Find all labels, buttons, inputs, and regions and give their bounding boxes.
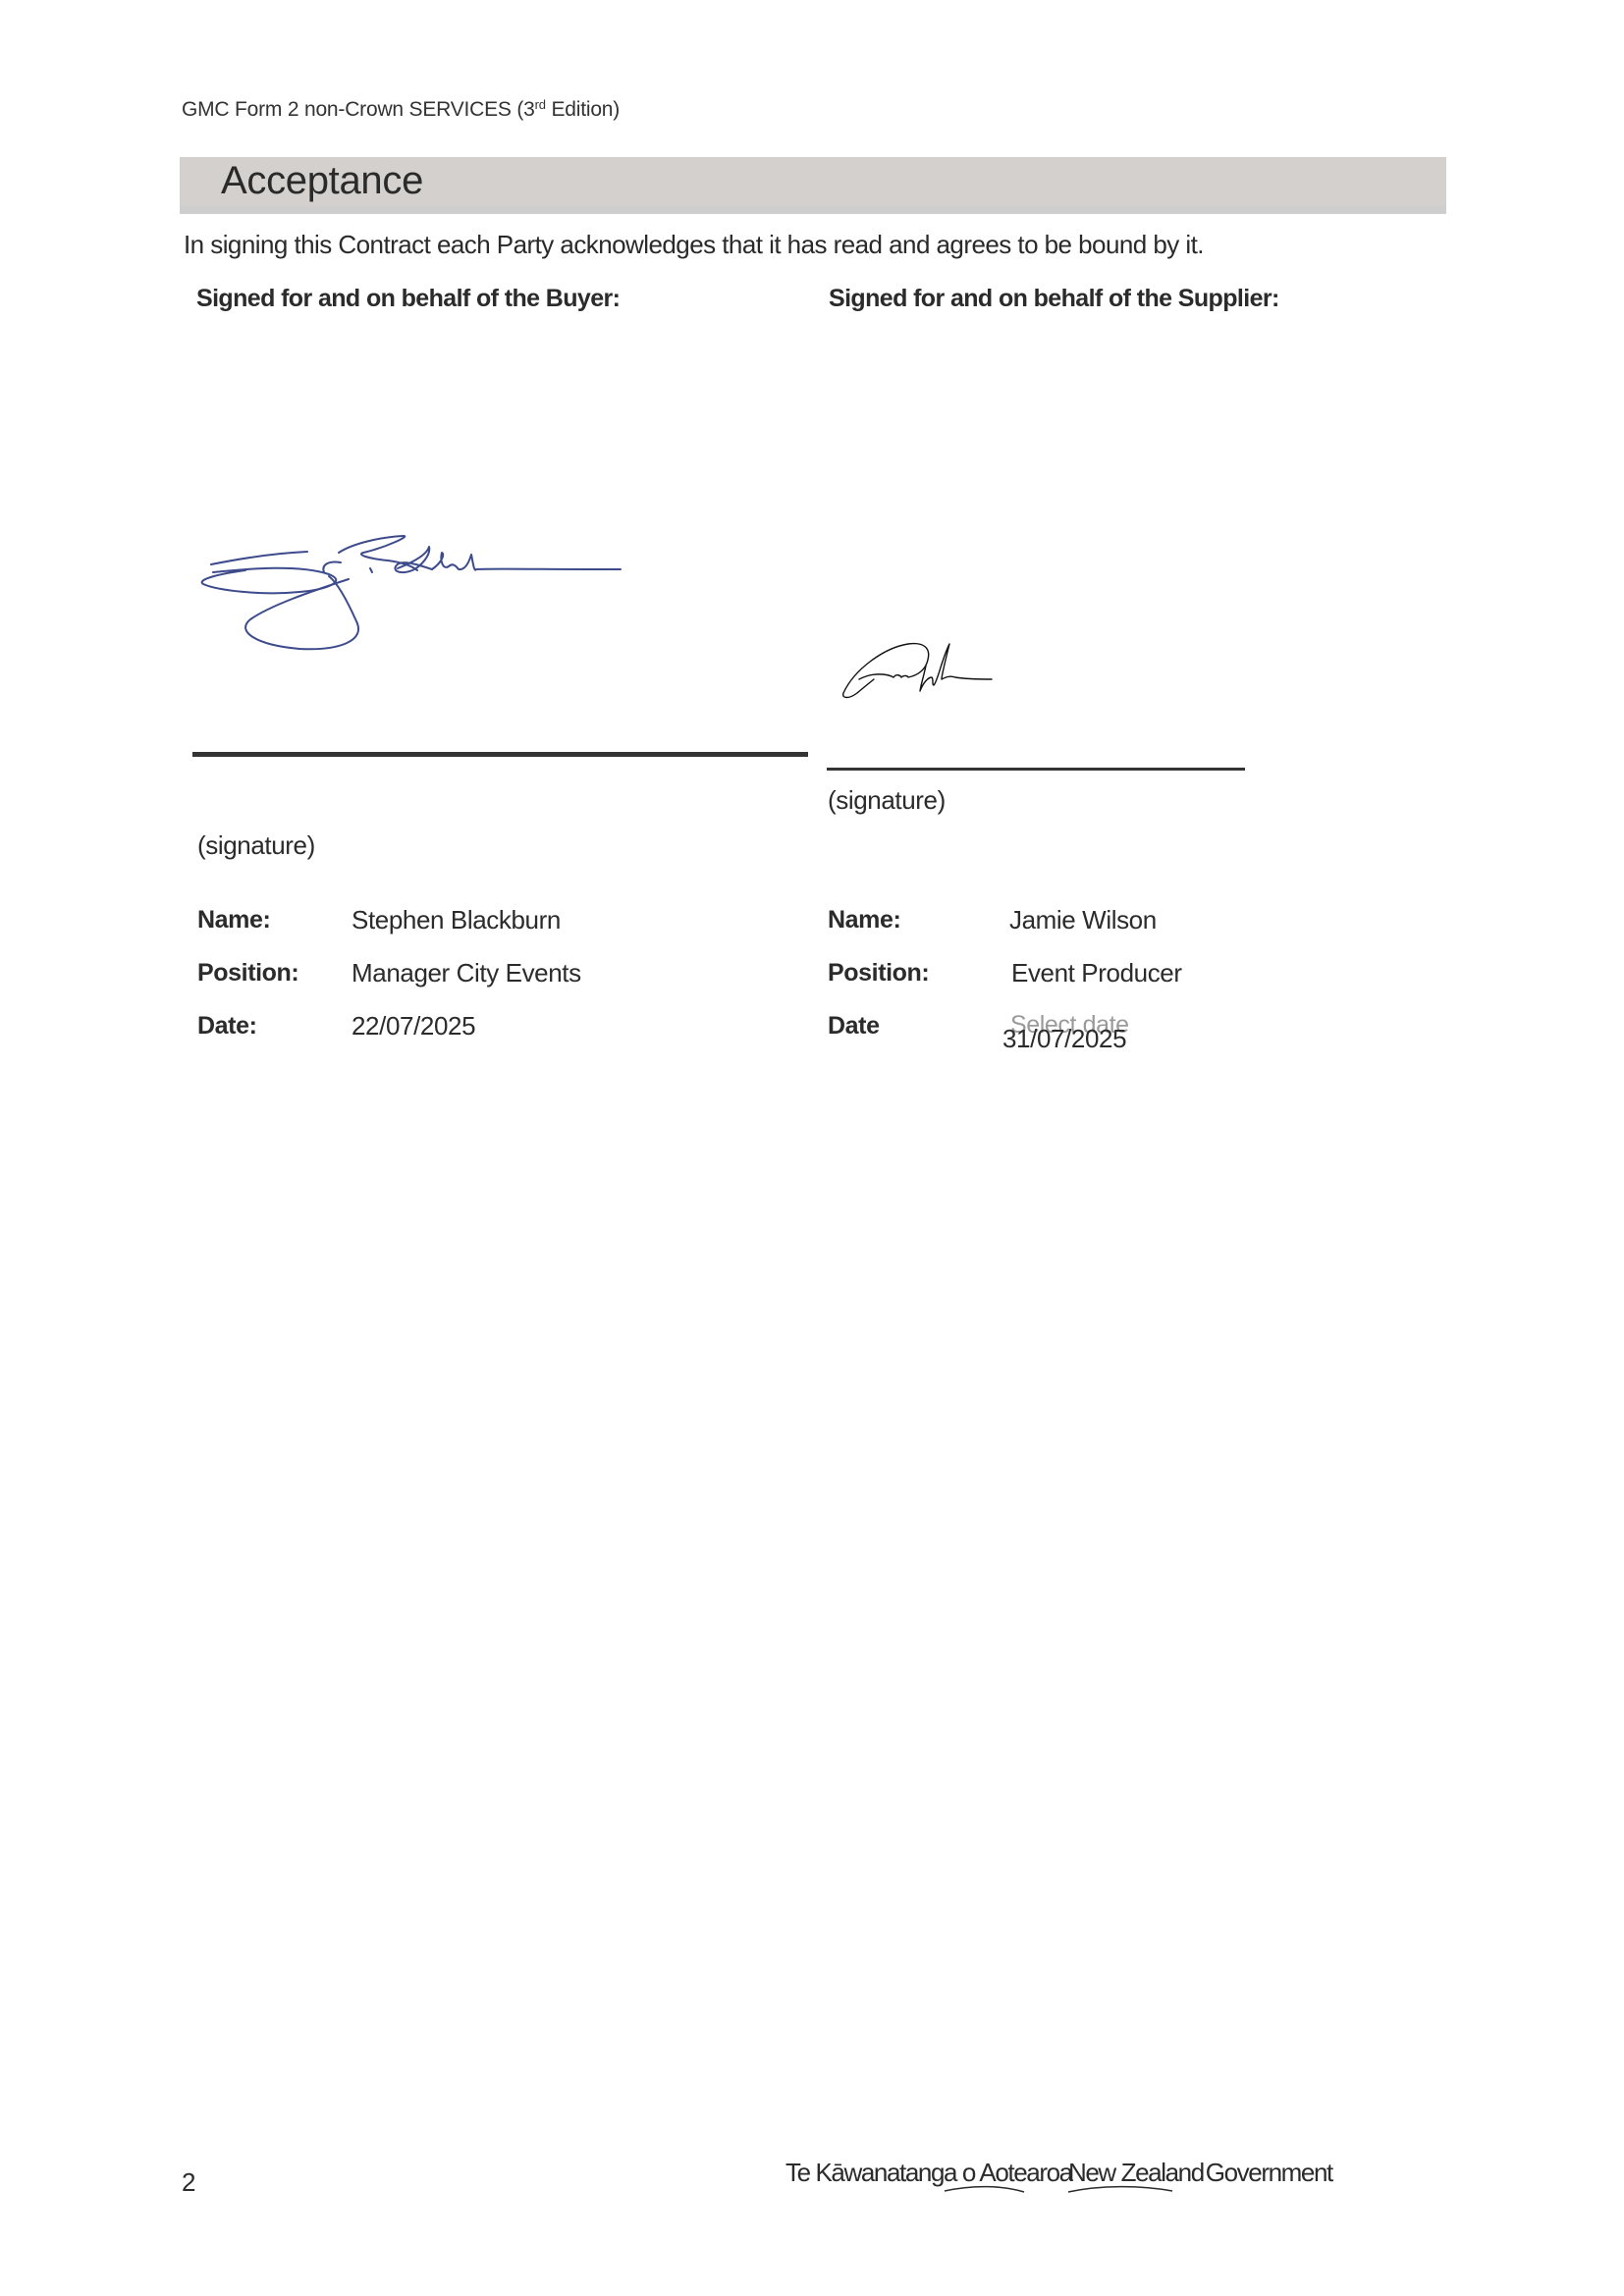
logo-en-suffix-text: Government bbox=[1206, 2158, 1332, 2187]
buyer-heading: Signed for and on behalf of the Buyer: bbox=[196, 285, 620, 313]
supplier-signature-image bbox=[839, 640, 997, 704]
running-header-suffix: Edition) bbox=[546, 98, 620, 121]
supplier-name-value: Jamie Wilson bbox=[1009, 905, 1157, 935]
supplier-name-label: Name: bbox=[828, 906, 900, 934]
buyer-name-value: Stephen Blackburn bbox=[352, 905, 561, 935]
supplier-date-value[interactable]: 31/07/2025 bbox=[1002, 1024, 1126, 1054]
supplier-position-value: Event Producer bbox=[1011, 958, 1182, 988]
buyer-name-label: Name: bbox=[197, 906, 270, 934]
running-header-superscript: rd bbox=[535, 97, 546, 112]
buyer-signature-line bbox=[192, 752, 808, 757]
page-number: 2 bbox=[182, 2167, 195, 2198]
supplier-signature-caption: (signature) bbox=[828, 785, 946, 816]
supplier-position-label: Position: bbox=[828, 959, 929, 988]
logo-nz-swoosh-icon bbox=[1066, 2183, 1174, 2195]
supplier-heading: Signed for and on behalf of the Supplier… bbox=[829, 285, 1279, 313]
buyer-signature-caption: (signature) bbox=[197, 830, 315, 861]
section-title: Acceptance bbox=[221, 159, 423, 203]
running-header: GMC Form 2 non-Crown SERVICES (3rd Editi… bbox=[182, 97, 620, 122]
logo-te-kawanatanga: Te Kāwanatanga o Aotearoa bbox=[785, 2158, 1072, 2188]
supplier-signature-line bbox=[827, 768, 1245, 771]
logo-maori-swoosh-icon bbox=[943, 2183, 1026, 2195]
buyer-signature-image bbox=[191, 525, 623, 653]
buyer-date-label: Date: bbox=[197, 1012, 257, 1041]
intro-text: In signing this Contract each Party ackn… bbox=[184, 230, 1204, 260]
supplier-date-label: Date bbox=[828, 1012, 880, 1041]
buyer-position-label: Position: bbox=[197, 959, 298, 988]
running-header-text: GMC Form 2 non-Crown SERVICES (3 bbox=[182, 98, 535, 121]
buyer-position-value: Manager City Events bbox=[352, 958, 581, 988]
buyer-date-value: 22/07/2025 bbox=[352, 1011, 475, 1041]
